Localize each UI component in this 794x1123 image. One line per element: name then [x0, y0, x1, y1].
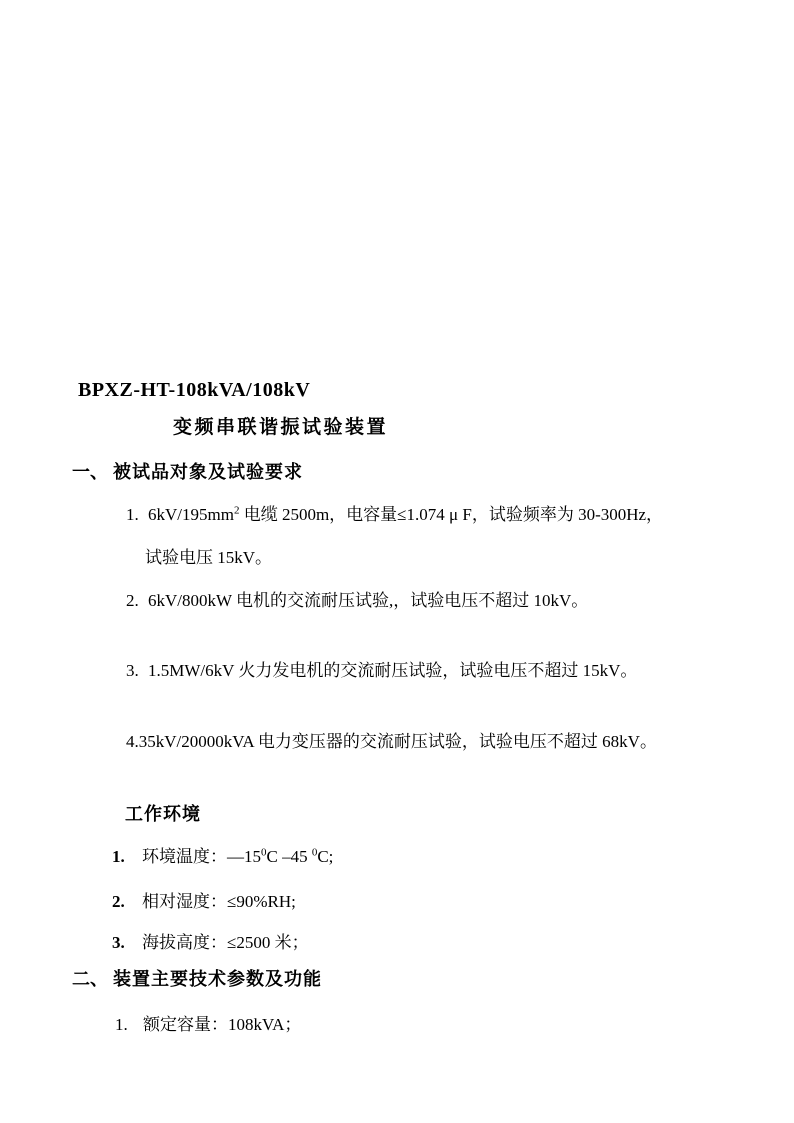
- env-item-temperature: 1.环境温度：—150C –45 0C;: [112, 846, 333, 867]
- env-value: C –45: [267, 847, 312, 866]
- item-number: 3.: [112, 932, 142, 953]
- model-number: BPXZ-HT-108kVA/108kV: [78, 378, 310, 403]
- env-value: C;: [317, 847, 333, 866]
- list-item-generator: 3.1.5MW/6kV 火力发电机的交流耐压试验，试验电压不超过 15kV。: [126, 660, 637, 681]
- item-number: 2.: [112, 891, 142, 912]
- section2-number: 二、: [72, 968, 113, 991]
- env-label: 海拔高度：: [142, 933, 227, 952]
- env-value: ≤2500 米；: [227, 933, 309, 952]
- env-value: —15: [227, 847, 261, 866]
- item-number: 1.: [112, 846, 142, 867]
- env-value: ≤90%RH;: [227, 892, 296, 911]
- document-page: BPXZ-HT-108kVA/108kV 变频串联谐振试验装置 一、被试品对象及…: [0, 0, 794, 1123]
- item-number: 4.: [126, 732, 139, 751]
- env-label: 环境温度：: [142, 847, 227, 866]
- section2-heading: 二、装置主要技术参数及功能: [72, 968, 322, 991]
- section2-heading-label: 装置主要技术参数及功能: [113, 969, 322, 989]
- section1-heading-label: 被试品对象及试验要求: [113, 462, 303, 482]
- item-number: 1.: [126, 504, 148, 525]
- item-number: 3.: [126, 660, 148, 681]
- list-item-motor: 2.6kV/800kW 电机的交流耐压试验,，试验电压不超过 10kV。: [126, 590, 588, 611]
- list-item-transformer: 4.35kV/20000kVA 电力变压器的交流耐压试验，试验电压不超过 68k…: [126, 731, 657, 752]
- env-item-altitude: 3.海拔高度：≤2500 米；: [112, 932, 309, 953]
- document-title: 变频串联谐振试验装置: [173, 416, 388, 440]
- work-environment-heading: 工作环境: [125, 803, 201, 826]
- list-item-rated-capacity: 1.额定容量：108kVA；: [115, 1014, 301, 1035]
- env-label: 相对湿度：: [142, 892, 227, 911]
- section1-number: 一、: [72, 461, 113, 484]
- item-number: 2.: [126, 590, 148, 611]
- item-text: 35kV/20000kVA 电力变压器的交流耐压试验，试验电压不超过 68kV。: [139, 732, 657, 751]
- section1-heading: 一、被试品对象及试验要求: [72, 461, 303, 484]
- item-number: 1.: [115, 1014, 143, 1035]
- item-text: 电缆 2500m，电容量≤1.074 μ F，试验频率为 30-300Hz，: [239, 505, 663, 524]
- list-item-cable-line2: 试验电压 15kV。: [145, 547, 272, 568]
- item-text: 额定容量：108kVA；: [143, 1015, 301, 1034]
- item-text: 6kV/800kW 电机的交流耐压试验,，试验电压不超过 10kV。: [148, 591, 588, 610]
- item-text: 6kV/195mm: [148, 505, 234, 524]
- item-text: 1.5MW/6kV 火力发电机的交流耐压试验，试验电压不超过 15kV。: [148, 661, 637, 680]
- list-item-cable-line1: 1.6kV/195mm2 电缆 2500m，电容量≤1.074 μ F，试验频率…: [126, 504, 663, 525]
- env-item-humidity: 2.相对湿度：≤90%RH;: [112, 891, 296, 912]
